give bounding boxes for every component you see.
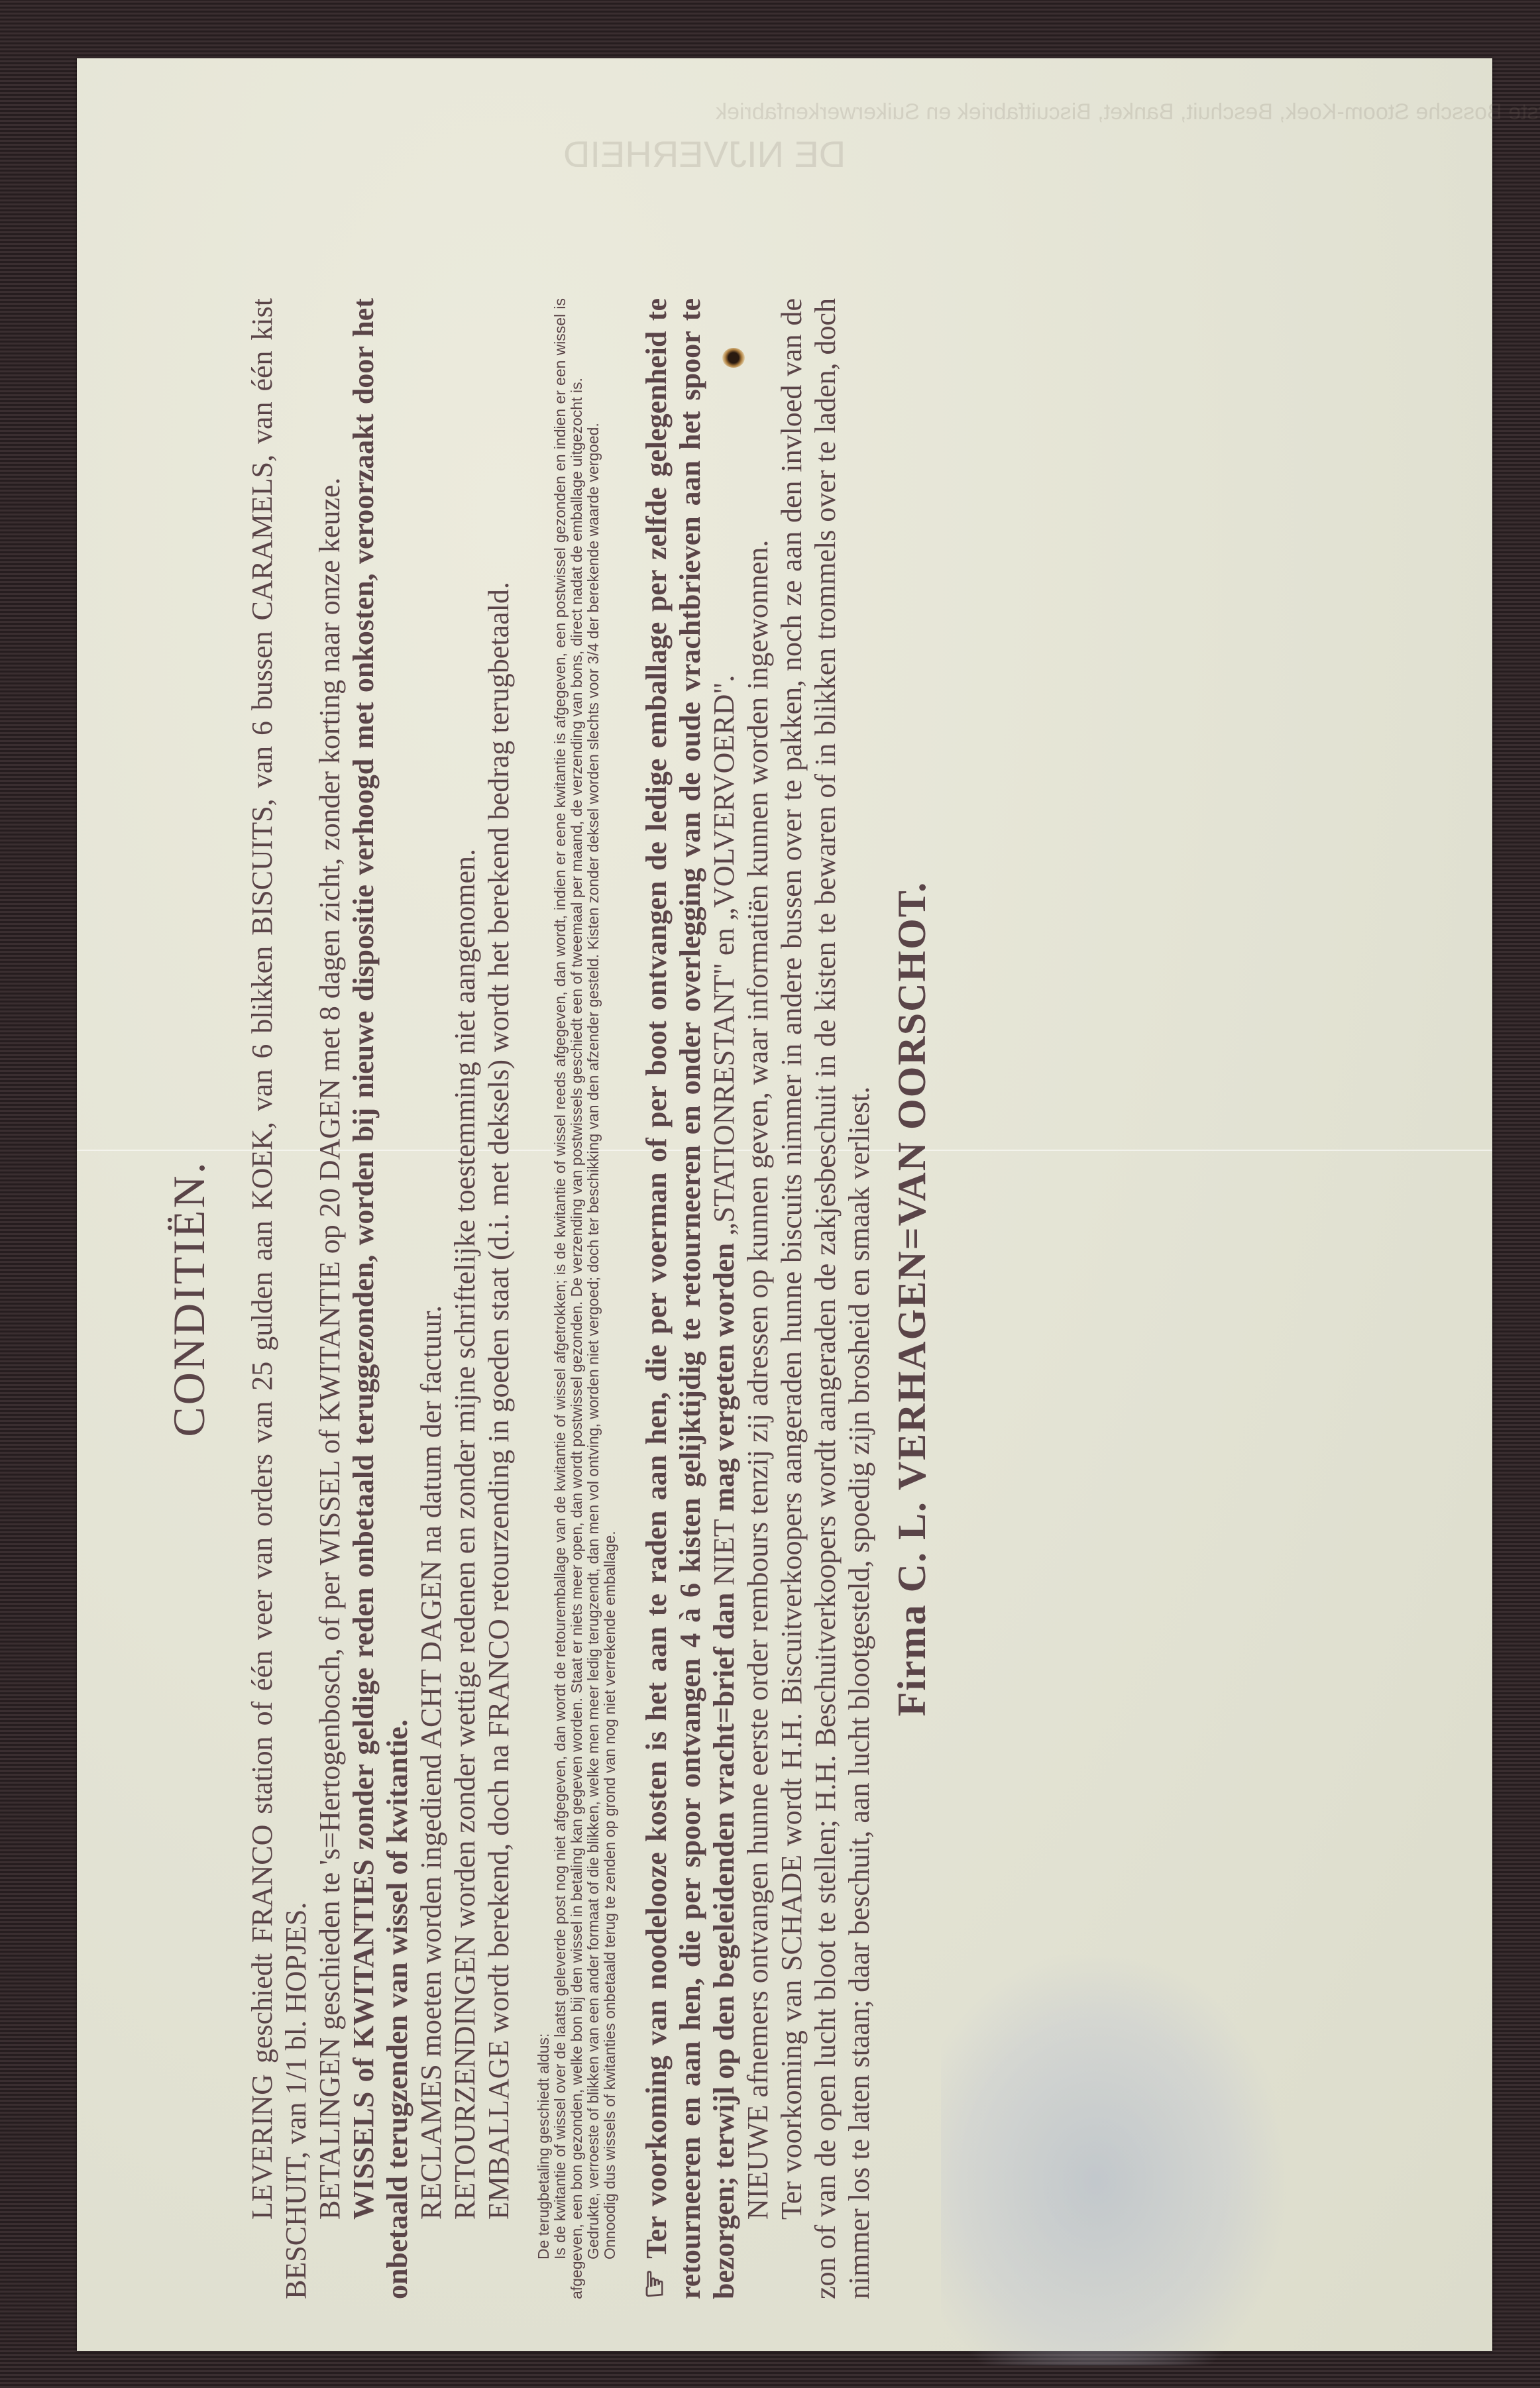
notice-paragraph: ☞ Ter voorkoming van noodelooze kosten i… — [638, 298, 741, 2299]
show-through-header: Eerste Bossche Stoom-Koek, Beschuit, Ban… — [716, 99, 1540, 125]
show-through-name: DE NIJVERHEID — [563, 133, 846, 176]
retourzendingen-paragraph: RETOURZENDINGEN worden zonder wettige re… — [448, 298, 482, 2299]
schade-paragraph: Ter voorkoming van SCHADE wordt H.H. Bis… — [775, 298, 876, 2299]
small-print-paragraph: Gedrukte, verroeste of blikken van een a… — [585, 298, 602, 2299]
levering-paragraph: LEVERING geschiedt FRANCO station of één… — [245, 298, 313, 2299]
small-print-paragraph: Onnoodig dus wissels of kwitanties onbet… — [602, 298, 618, 2299]
reclames-paragraph: RECLAMES moeten worden ingediend ACHT DA… — [414, 298, 448, 2299]
page-title: CONDITIËN. — [159, 298, 219, 2299]
pointing-hand-icon: ☞ — [636, 2268, 674, 2299]
nieuwe-paragraph: NIEUWE afnemers ontvangen hunne eerste o… — [741, 298, 775, 2299]
conditions-text-block: CONDITIËN. LEVERING geschiedt FRANCO sta… — [159, 298, 1451, 2299]
signature: Firma C. L. VERHAGEN=VAN OORSCHOT. — [889, 298, 935, 2299]
small-print-paragraph: Is de kwitantie of wissel over de laatst… — [552, 298, 585, 2299]
small-print-intro: De terugbetaling geschiedt aldus: — [535, 298, 552, 2299]
wissels-paragraph: WISSELS of KWITANTIES zonder geldige red… — [347, 298, 414, 2299]
betalingen-paragraph: BETALINGEN geschieden te 's=Hertogenbosc… — [313, 298, 347, 2299]
emballage-paragraph: EMBALLAGE wordt berekend, doch na FRANCO… — [482, 298, 516, 2299]
